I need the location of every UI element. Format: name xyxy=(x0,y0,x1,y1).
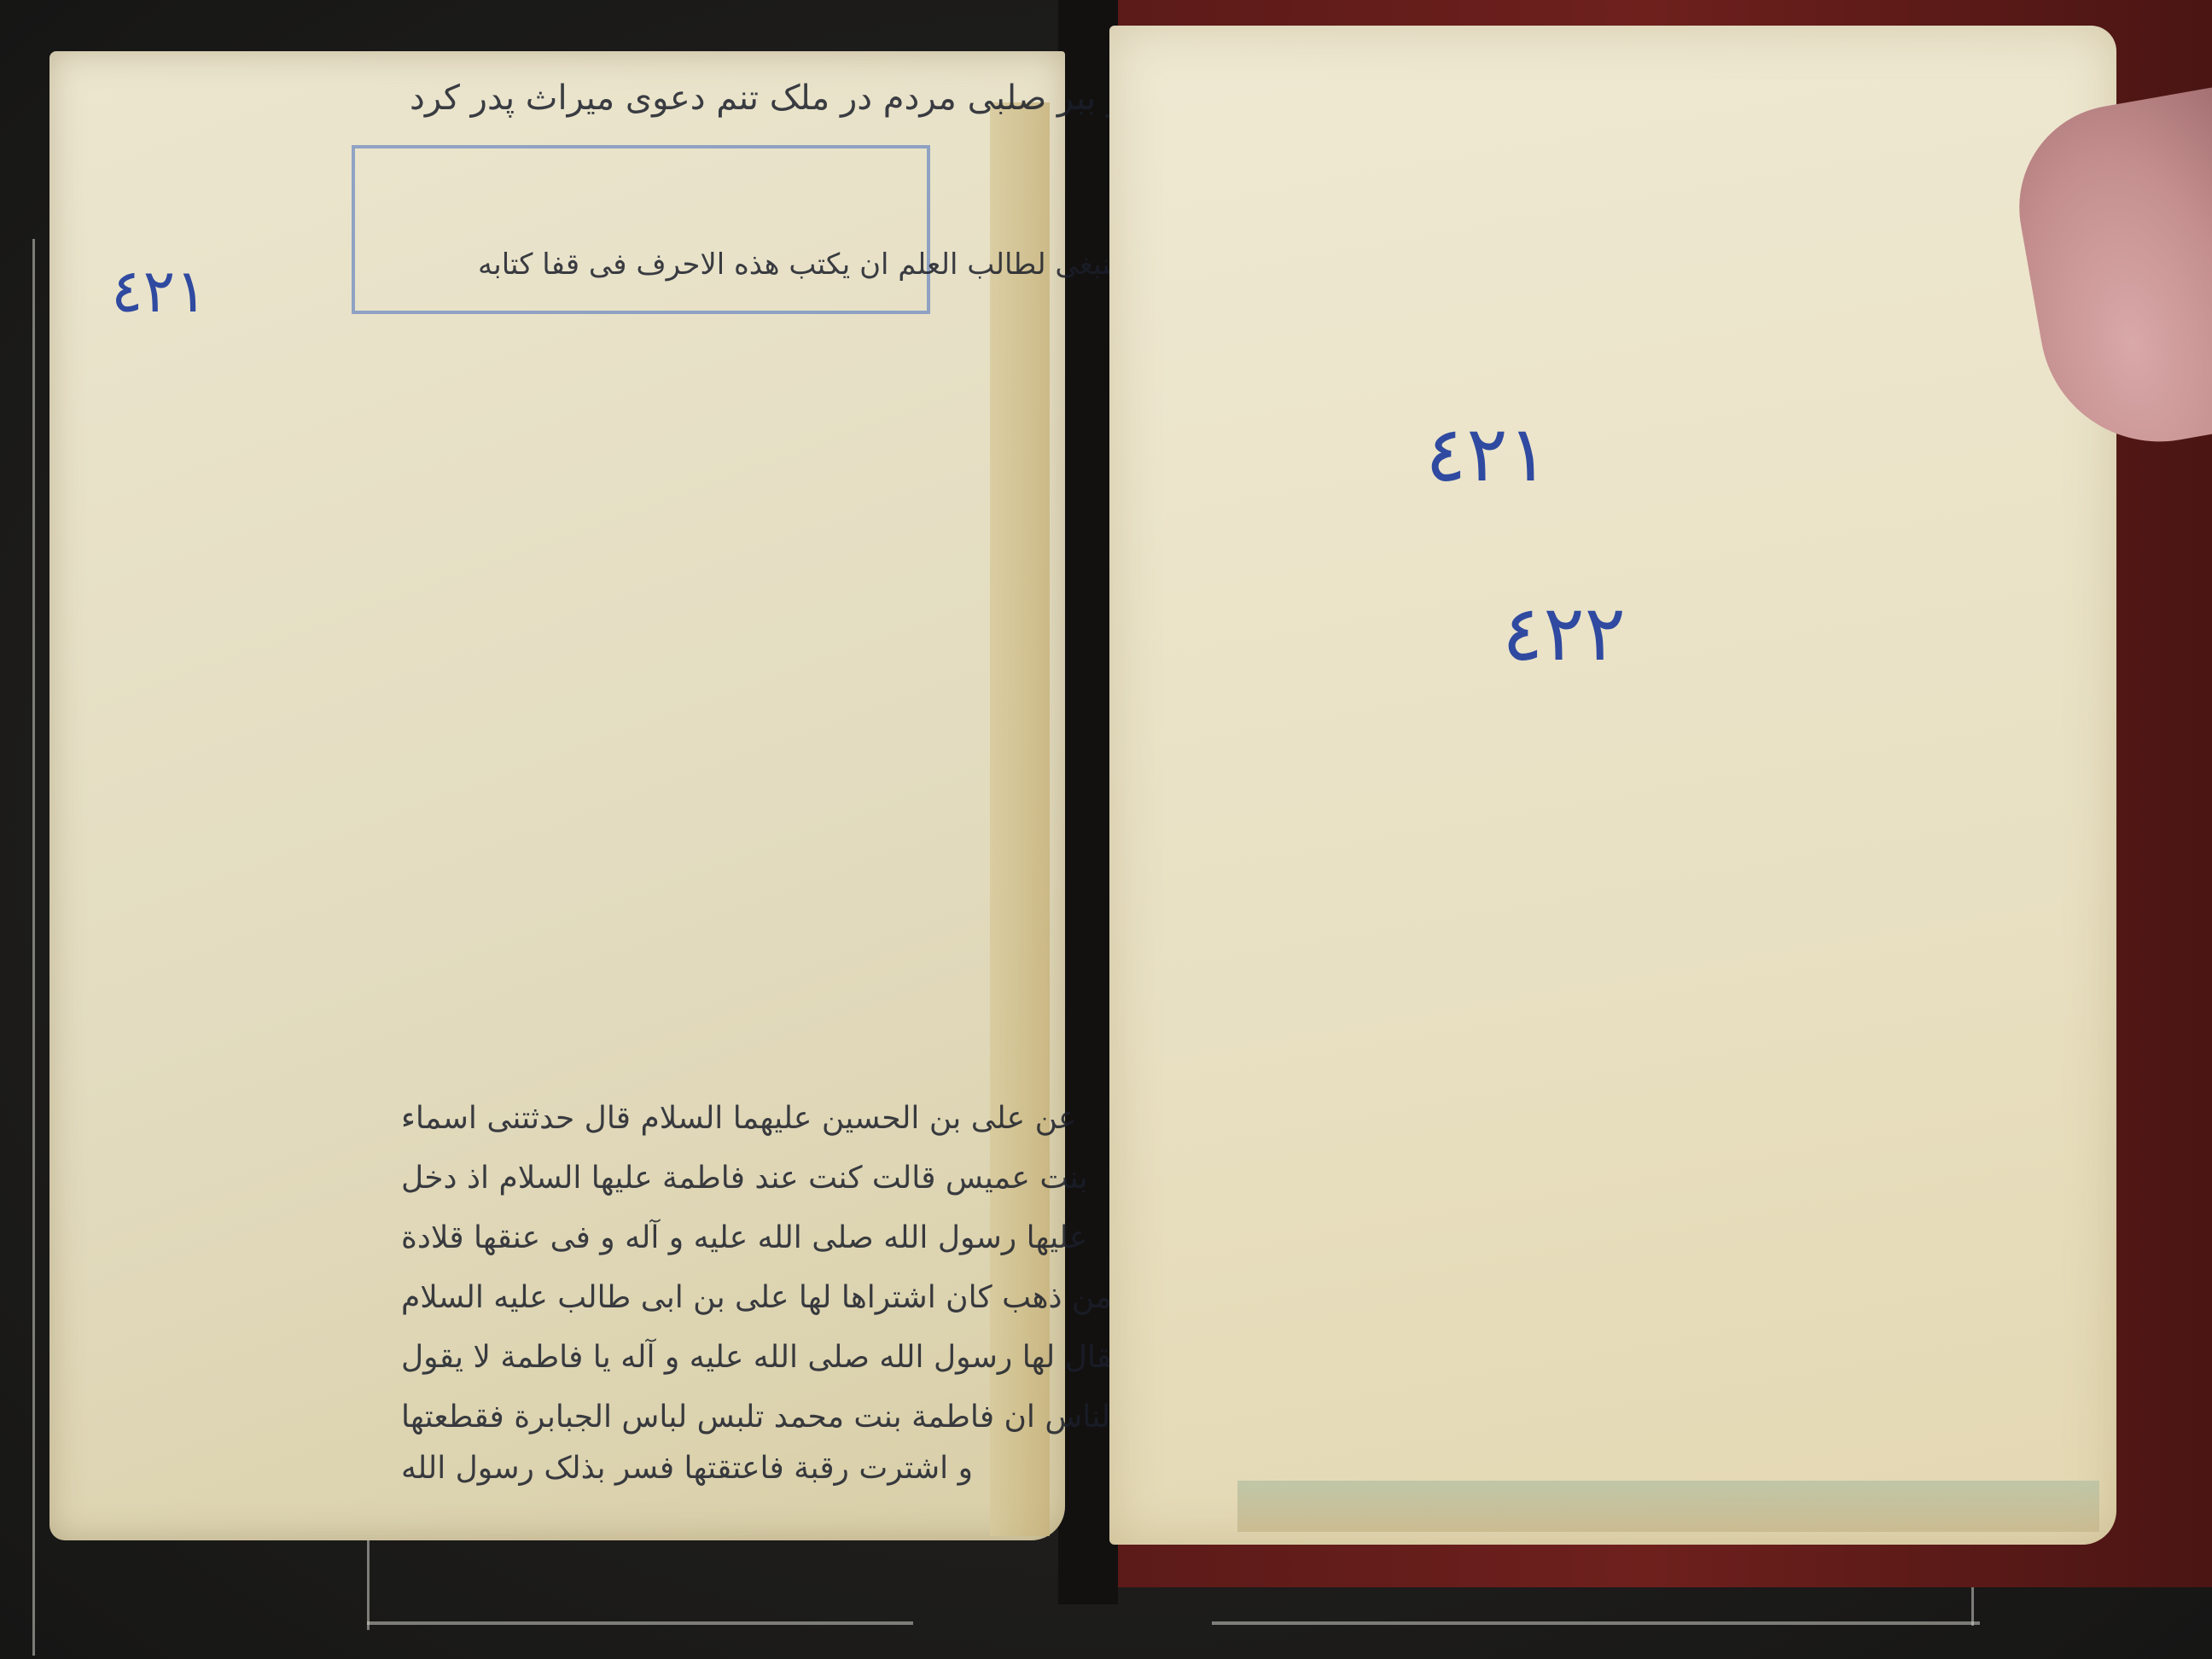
right-catalog-number: ٤٢١ xyxy=(1425,410,1549,499)
blue-stamp-box xyxy=(352,145,930,314)
stamp-text: ینبغی لطالب العلم ان یکتب هذه الاحرف فی … xyxy=(478,247,1119,282)
page-edges xyxy=(990,102,1050,1536)
page-bottom-band xyxy=(1237,1481,2099,1532)
chalk-line xyxy=(367,1621,913,1625)
left-catalog-number: ٤٢١ xyxy=(111,256,207,326)
body-line: الناس ان فاطمة بنت محمد تلبس لباس الجباب… xyxy=(401,1400,1119,1435)
chalk-line xyxy=(32,239,35,1656)
body-line: بنت عمیس قالت کنت عند فاطمة علیها السلام… xyxy=(401,1161,1088,1196)
body-line: عن علی بن الحسین علیهما السلام قال حدثتن… xyxy=(401,1101,1076,1136)
right-second-number: ٤٢٢ xyxy=(1502,589,1626,678)
body-line: و اشترت رقبة فاعتقتها فسر بذلک رسول الله xyxy=(401,1451,973,1486)
chalk-line xyxy=(1212,1621,1980,1625)
chalk-line xyxy=(367,1528,370,1630)
body-line: علیها رسول الله صلی الله علیه و آله و فی… xyxy=(401,1220,1087,1255)
right-flyleaf-page xyxy=(1109,26,2116,1545)
body-line: من ذهب کان اشتراها لها علی بن ابی طالب ع… xyxy=(401,1280,1112,1315)
